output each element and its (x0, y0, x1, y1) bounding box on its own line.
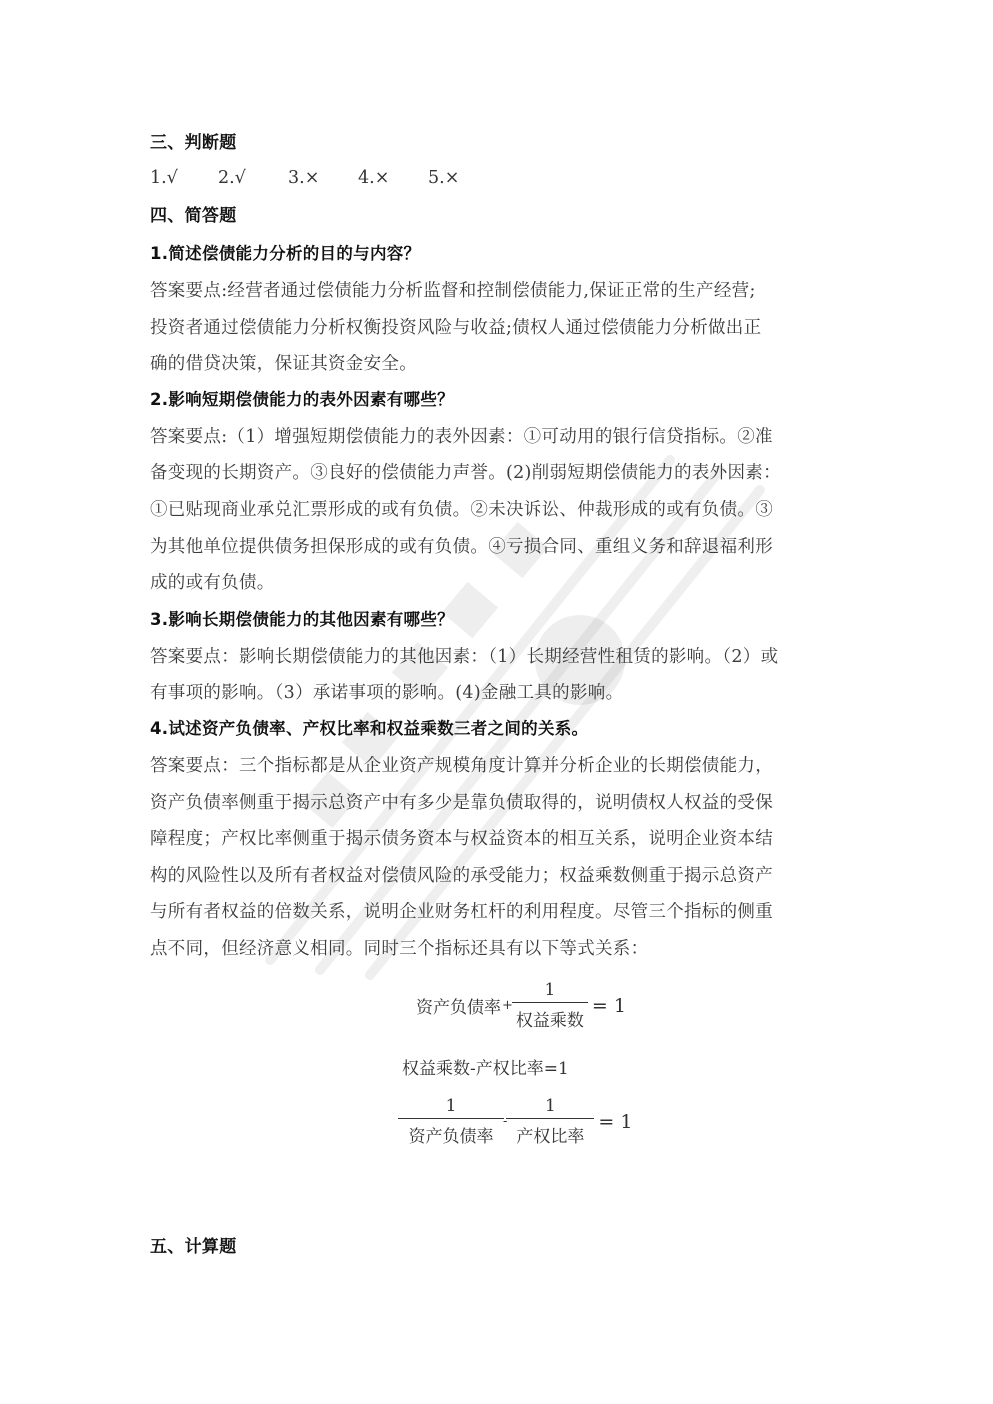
answer-line: 与所有者权益的倍数关系，说明企业财务杠杆的利用程度。尽管三个指标的侧重 (150, 900, 773, 924)
judgment-answer: 2.√ (218, 168, 288, 188)
judgment-answers: 1.√ 2.√ 3.× 4.× 5.× (150, 168, 498, 188)
fraction: 1 资产负债率 (402, 1096, 500, 1147)
question-title: 4.试述资产负债率、产权比率和权益乘数三者之间的关系。 (150, 717, 588, 741)
answer-line: 资产负债率侧重于揭示总资产中有多少是靠负债取得的，说明债权人权益的受保 (150, 791, 773, 815)
answer-line: 答案要点：影响长期偿债能力的其他因素：（1）长期经营性租赁的影响。（2）或 (150, 645, 778, 669)
judgment-answer: 4.× (358, 168, 428, 188)
answer-line: 障程度；产权比率侧重于揭示债务资本与权益资本的相互关系，说明企业资本结 (150, 827, 773, 851)
answer-line: 有事项的影响。（3）承诺事项的影响。(4)金融工具的影响。 (150, 681, 623, 705)
judgment-answer: 1.√ (150, 168, 218, 188)
answer-line: 确的借贷决策，保证其资金安全。 (150, 352, 417, 376)
fraction: 1 产权比率 (510, 1096, 590, 1147)
question-title: 1.简述偿债能力分析的目的与内容？ (150, 242, 420, 266)
formula-1: 资产负债率 + 1 权益乘数 = 1 (416, 980, 626, 1031)
answer-line: 构的风险性以及所有者权益对偿债风险的承受能力；权益乘数侧重于揭示总资产 (150, 864, 773, 888)
answer-line: 成的或有负债。 (150, 571, 275, 595)
fraction: 1 权益乘数 (516, 980, 584, 1031)
question-title: 3.影响长期偿债能力的其他因素有哪些？ (150, 608, 454, 632)
answer-line: 备变现的长期资产。③良好的偿债能力声誉。(2)削弱短期偿债能力的表外因素： (150, 461, 781, 485)
answer-line: 点不同，但经济意义相同。同时三个指标还具有以下等式关系： (150, 937, 648, 961)
question-title: 2.影响短期偿债能力的表外因素有哪些？ (150, 388, 454, 412)
answer-line: 答案要点：三个指标都是从企业资产规模角度计算并分析企业的长期偿债能力， (150, 754, 773, 778)
section-heading-judgment: 三、判断题 (150, 131, 237, 155)
section-heading-short-answer: 四、简答题 (150, 204, 237, 228)
answer-line: 为其他单位提供债务担保形成的或有负债。④亏损合同、重组义务和辞退福利形 (150, 535, 773, 559)
answer-line: ①已贴现商业承兑汇票形成的或有负债。②未决诉讼、仲裁形成的或有负债。③ (150, 498, 773, 522)
section-heading-calculation: 五、计算题 (150, 1235, 237, 1259)
judgment-answer: 5.× (428, 168, 498, 188)
judgment-answer: 3.× (288, 168, 358, 188)
formula-2: 权益乘数-产权比率=1 (402, 1054, 569, 1079)
formula-3: 1 资产负债率 - 1 产权比率 = 1 (400, 1096, 632, 1147)
answer-line: 投资者通过偿债能力分析权衡投资风险与收益;债权人通过偿债能力分析做出正 (150, 316, 761, 340)
answer-line: 答案要点:（1）增强短期偿债能力的表外因素：①可动用的银行信贷指标。②准 (150, 425, 773, 449)
answer-line: 答案要点:经营者通过偿债能力分析监督和控制偿债能力,保证正常的生产经营; (150, 279, 756, 303)
